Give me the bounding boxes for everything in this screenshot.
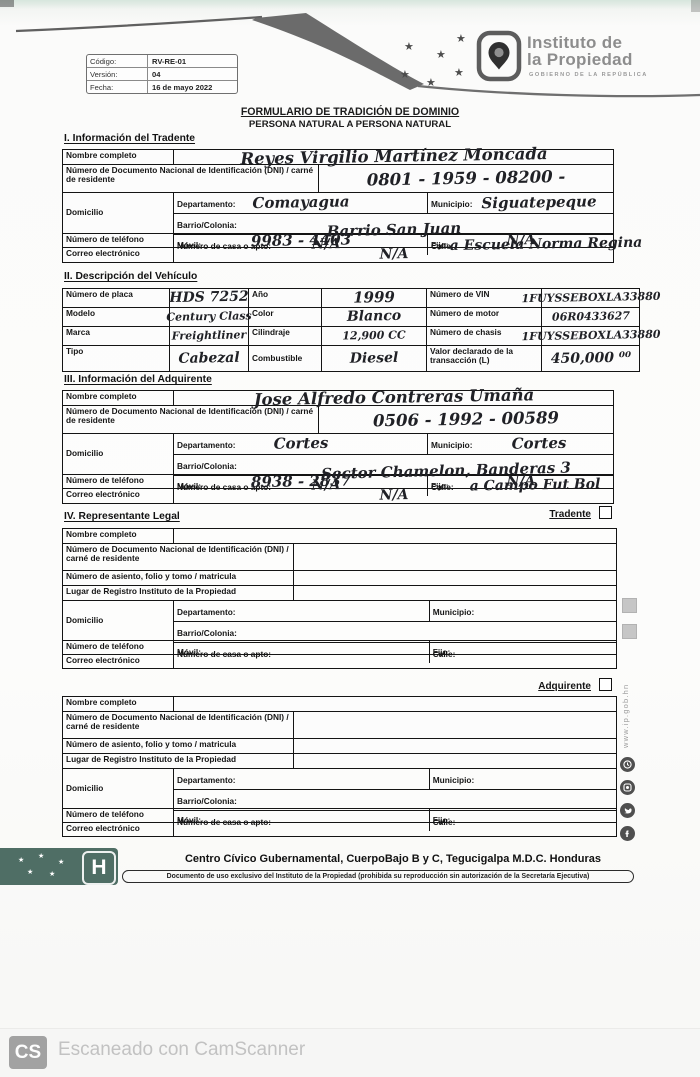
nombre-label: Nombre completo	[63, 391, 173, 405]
empty-field	[173, 823, 616, 836]
lugar-registro-label: Lugar de Registro Instituto de la Propie…	[63, 586, 293, 600]
tradente-dni-field: 0801 - 1959 - 08200 -	[318, 165, 613, 192]
tradente-checkbox-row: Tradente	[62, 506, 612, 520]
barrio-label: Barrio/Colonia:	[177, 461, 237, 471]
website-url-vertical: www.ip.gob.hn	[621, 648, 630, 748]
table-row: Domicilio Departamento:Cortes Municipio:…	[63, 433, 613, 474]
logo-subtitle: GOBIERNO DE LA REPÚBLICA	[529, 72, 648, 78]
handwritten-value: Comayagua	[252, 192, 349, 212]
table-row: Número de Documento Nacional de Identifi…	[63, 164, 613, 192]
valor-label: Valor declarado de la transacción (L)	[426, 346, 541, 371]
section-3-heading: III. Información del Adquirente	[64, 374, 212, 385]
handwritten-value: 1FUYSSEBOXLA33880	[521, 328, 660, 343]
motor-label: Número de motor	[426, 308, 541, 326]
scanned-form-page: Código:RV-RE-01 Versión:04 Fecha:16 de m…	[0, 0, 700, 1077]
star-icon: ★	[436, 50, 446, 61]
chasis-field: 1FUYSSEBOXLA33880	[541, 327, 639, 345]
adquirente-checkbox	[599, 678, 612, 691]
placa-label: Número de placa	[63, 289, 169, 307]
clock-icon	[620, 757, 635, 772]
empty-field	[293, 712, 616, 738]
adquirente-correo-field: N/A	[173, 489, 613, 503]
handwritten-value: 12,900 CC	[342, 328, 406, 342]
cilindraje-label: Cilindraje	[248, 327, 321, 345]
handwritten-value: Diesel	[350, 349, 399, 366]
table-row: Número de teléfono Móvil: Fijo:	[63, 808, 616, 822]
dni-label: Número de Documento Nacional de Identifi…	[63, 712, 293, 738]
chasis-label: Número de chasis	[426, 327, 541, 345]
gray-square-icon	[622, 624, 637, 639]
handwritten-value: Cortes	[273, 434, 328, 453]
table-row: Número de Documento Nacional de Identifi…	[63, 711, 616, 738]
dni-label: Número de Documento Nacional de Identifi…	[63, 544, 293, 570]
star-icon: ★	[58, 859, 64, 866]
color-label: Color	[248, 308, 321, 326]
table-row: Nombre completo	[63, 697, 616, 711]
nombre-label: Nombre completo	[63, 150, 173, 164]
valor-field: 450,000 ⁰⁰	[541, 346, 639, 371]
dni-label: Número de Documento Nacional de Identifi…	[63, 165, 318, 192]
tradente-table: Nombre completo Reyes Virgilio Martínez …	[62, 149, 614, 263]
gray-square-icon	[622, 598, 637, 613]
combustible-label: Combustible	[248, 346, 321, 371]
table-row: Tipo Cabezal Combustible Diesel Valor de…	[63, 345, 639, 371]
ano-label: Año	[248, 289, 321, 307]
table-row: Correo electrónico	[63, 654, 616, 668]
telefono-label: Número de teléfono	[63, 809, 173, 822]
table-row: Domicilio Departamento: Municipio: Barri…	[63, 600, 616, 640]
municipio-label: Municipio:	[433, 607, 474, 617]
domicilio-label: Domicilio	[63, 601, 173, 640]
correo-label: Correo electrónico	[63, 823, 173, 836]
telefono-label: Número de teléfono	[63, 641, 173, 654]
handwritten-value: Siguatepeque	[481, 192, 596, 212]
star-icon: ★	[18, 857, 24, 864]
handwritten-value: 0506 - 1992 - 00589	[373, 408, 559, 430]
marca-label: Marca	[63, 327, 169, 345]
departamento-label: Departamento:	[177, 775, 236, 785]
fecha-label: Fecha:	[87, 81, 148, 93]
asiento-label: Número de asiento, folio y tomo / matric…	[63, 571, 293, 585]
camscanner-text: Escaneado con CamScanner	[58, 1039, 305, 1061]
correo-label: Correo electrónico	[63, 489, 173, 503]
version-value: 04	[148, 68, 237, 80]
empty-field	[293, 586, 616, 600]
table-row: Marca Freightliner Cilindraje 12,900 CC …	[63, 326, 639, 345]
telefono-label: Número de teléfono	[63, 475, 173, 488]
departamento-label: Departamento:	[177, 440, 236, 450]
handwritten-value: 0801 - 1959 - 08200 -	[367, 167, 566, 189]
empty-field	[293, 754, 616, 768]
table-row: Nombre completo Reyes Virgilio Martínez …	[63, 150, 613, 164]
table-row: Número de asiento, folio y tomo / matric…	[63, 738, 616, 753]
handwritten-value: N/A	[379, 246, 408, 262]
handwritten-value: N/A	[506, 473, 535, 489]
tradente-correo-field: N/A	[173, 248, 613, 262]
table-row: Modelo Century Class Color Blanco Número…	[63, 307, 639, 326]
camscanner-bar: CS Escaneado con CamScanner	[0, 1028, 700, 1077]
table-row: Nombre completo	[63, 529, 616, 543]
tradente-checkbox-label: Tradente	[549, 509, 591, 520]
departamento-label: Departamento:	[177, 199, 236, 209]
section-2-heading: II. Descripción del Vehículo	[64, 271, 197, 282]
tipo-label: Tipo	[63, 346, 169, 371]
domicilio-label: Domicilio	[63, 193, 173, 233]
logo-title: Instituto dela Propiedad	[527, 34, 633, 69]
handwritten-value: Cabezal	[178, 349, 240, 366]
table-row: Número de teléfono Móvil:9983 - 4403 Fij…	[63, 233, 613, 247]
adquirente-checkbox-label: Adquirente	[538, 681, 591, 692]
star-icon: ★	[404, 42, 414, 53]
tradente-checkbox	[599, 506, 612, 519]
lugar-registro-label: Lugar de Registro Instituto de la Propie…	[63, 754, 293, 768]
section-1-heading: I. Información del Tradente	[64, 133, 195, 144]
correo-label: Correo electrónico	[63, 655, 173, 668]
nombre-label: Nombre completo	[63, 697, 173, 711]
vin-field: 1FUYSSEBOXLA33880	[541, 289, 639, 307]
footer-address: Centro Cívico Gubernamental, CuerpoBajo …	[128, 853, 658, 865]
table-row: Correo electrónico	[63, 822, 616, 836]
tipo-field: Cabezal	[169, 346, 248, 371]
telefono-label: Número de teléfono	[63, 234, 173, 247]
motor-field: 06R0433627	[541, 308, 639, 326]
fecha-value: 16 de mayo 2022	[148, 81, 237, 93]
form-code-box: Código:RV-RE-01 Versión:04 Fecha:16 de m…	[86, 54, 238, 94]
footer-disclaimer: Documento de uso exclusivo del Instituto…	[122, 870, 634, 883]
empty-field	[173, 697, 616, 711]
barrio-label: Barrio/Colonia:	[177, 220, 237, 230]
color-field: Blanco	[321, 308, 426, 326]
star-icon: ★	[454, 68, 464, 79]
table-row: Número de asiento, folio y tomo / matric…	[63, 570, 616, 585]
vehiculo-table: Número de placa HDS 7252 Año 1999 Número…	[62, 288, 640, 372]
departamento-label: Departamento:	[177, 607, 236, 617]
table-row: Número de teléfono Móvil:8938 - 2837 Fij…	[63, 474, 613, 488]
table-row: Domicilio Departamento: Municipio: Barri…	[63, 768, 616, 808]
table-row: Barrio/Colonia:	[174, 789, 616, 810]
table-row: Departamento:Comayagua Municipio:Siguate…	[174, 193, 613, 213]
table-row: Correo electrónico N/A	[63, 247, 613, 262]
footer-brand-bar: ★ ★ ★ ★ ★ H	[0, 848, 118, 885]
table-row: Domicilio Departamento:Comayagua Municip…	[63, 192, 613, 233]
municipio-label: Municipio:	[433, 775, 474, 785]
dni-label: Número de Documento Nacional de Identifi…	[63, 406, 318, 433]
empty-field	[293, 544, 616, 570]
asiento-label: Número de asiento, folio y tomo / matric…	[63, 739, 293, 753]
form-subtitle: PERSONA NATURAL A PERSONA NATURAL	[150, 119, 550, 130]
adquirente-table: Nombre completo Jose Alfredo Contreras U…	[62, 390, 614, 504]
cilindraje-field: 12,900 CC	[321, 327, 426, 345]
empty-field	[293, 571, 616, 585]
domicilio-label: Domicilio	[63, 434, 173, 474]
vin-label: Número de VIN	[426, 289, 541, 307]
table-row: Departamento:Cortes Municipio:Cortes	[174, 434, 613, 454]
domicilio-label: Domicilio	[63, 769, 173, 808]
table-row: Barrio/Colonia:Sector Chamelon, Banderas…	[174, 454, 613, 475]
nombre-label: Nombre completo	[63, 529, 173, 543]
adquirente-nombre-field: Jose Alfredo Contreras Umaña	[173, 391, 613, 405]
table-row: Departamento: Municipio:	[174, 601, 616, 621]
star-icon: ★	[426, 78, 436, 89]
facebook-icon	[620, 826, 635, 841]
table-row: Número de Documento Nacional de Identifi…	[63, 405, 613, 433]
combustible-field: Diesel	[321, 346, 426, 371]
placa-field: HDS 7252	[169, 289, 248, 307]
pin-logo-icon	[476, 30, 522, 84]
table-row: Nombre completo Jose Alfredo Contreras U…	[63, 391, 613, 405]
instituto-propiedad-logo: ★ ★ ★ ★ ★ ★ Instituto dela Propiedad GOB…	[392, 28, 692, 98]
star-icon: ★	[27, 869, 33, 876]
modelo-label: Modelo	[63, 308, 169, 326]
handwritten-value: Freightliner	[172, 328, 247, 342]
handwritten-value: HDS 7252	[169, 289, 249, 306]
handwritten-value: Cortes	[511, 434, 566, 453]
table-row: Lugar de Registro Instituto de la Propie…	[63, 753, 616, 768]
table-row: Lugar de Registro Instituto de la Propie…	[63, 585, 616, 600]
ano-field: 1999	[321, 289, 426, 307]
handwritten-value: N/A	[506, 232, 535, 248]
table-row: Número de teléfono Móvil: Fijo:	[63, 640, 616, 654]
table-row: Barrio/Colonia:Barrio San Juan	[174, 213, 613, 234]
version-label: Versión:	[87, 68, 148, 80]
twitter-icon	[620, 803, 635, 818]
adquirente-checkbox-row: Adquirente	[62, 678, 612, 692]
table-row: Número de Documento Nacional de Identifi…	[63, 543, 616, 570]
municipio-label: Municipio:	[431, 440, 472, 450]
representante-adquirente-table: Nombre completo Número de Documento Naci…	[62, 696, 617, 837]
honduras-h-logo: H	[82, 851, 116, 885]
table-row: Departamento: Municipio:	[174, 769, 616, 789]
empty-field	[293, 739, 616, 753]
handwritten-value: Century Class	[166, 309, 252, 323]
codigo-label: Código:	[87, 55, 148, 67]
adquirente-dni-field: 0506 - 1992 - 00589	[318, 406, 613, 433]
star-icon: ★	[456, 34, 466, 45]
star-icon: ★	[400, 70, 410, 81]
table-row: Correo electrónico N/A	[63, 488, 613, 503]
barrio-label: Barrio/Colonia:	[177, 796, 237, 806]
table-row: Número de placa HDS 7252 Año 1999 Número…	[63, 289, 639, 307]
star-icon: ★	[49, 871, 55, 878]
star-icon: ★	[38, 853, 44, 860]
handwritten-value: Blanco	[347, 308, 402, 325]
codigo-value: RV-RE-01	[148, 55, 237, 67]
empty-field	[173, 655, 616, 668]
handwritten-value: 1FUYSSEBOXLA33880	[521, 290, 660, 305]
empty-field	[173, 529, 616, 543]
representante-tradente-table: Nombre completo Número de Documento Naci…	[62, 528, 617, 669]
correo-label: Correo electrónico	[63, 248, 173, 262]
modelo-field: Century Class	[169, 308, 248, 326]
handwritten-value: N/A	[379, 487, 408, 503]
handwritten-value: 1999	[353, 288, 395, 307]
marca-field: Freightliner	[169, 327, 248, 345]
handwritten-value: 450,000 ⁰⁰	[550, 349, 631, 366]
barrio-label: Barrio/Colonia:	[177, 628, 237, 638]
handwritten-value: 06R0433627	[551, 309, 629, 323]
table-row: Barrio/Colonia:	[174, 621, 616, 642]
form-title: FORMULARIO DE TRADICIÓN DE DOMINIO	[150, 106, 550, 118]
camscanner-logo-icon: CS	[9, 1036, 47, 1069]
instagram-icon	[620, 780, 635, 795]
tradente-nombre-field: Reyes Virgilio Martínez Moncada	[173, 150, 613, 164]
municipio-label: Municipio:	[431, 199, 472, 209]
